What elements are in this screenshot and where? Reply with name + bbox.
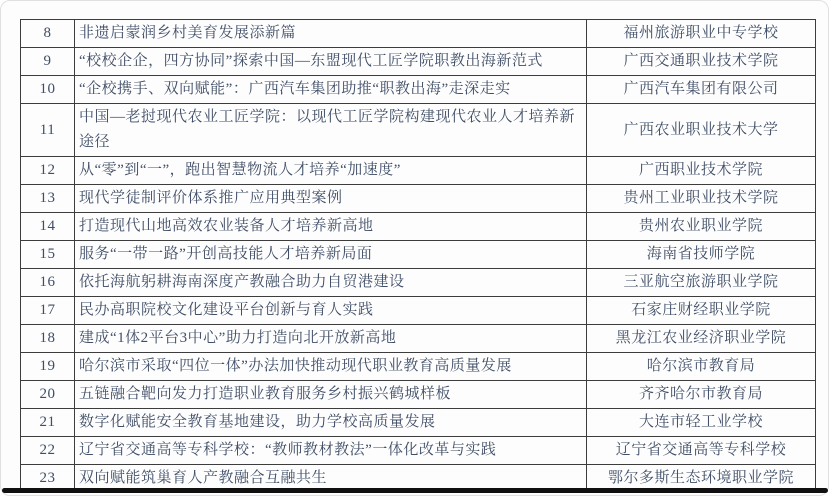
case-title-cell: 辽宁省交通高等专科学校：“教师教材教法”一体化改革与实践 [75,437,587,465]
case-title-cell: “校校企企，四方协同”探索中国—东盟现代工匠学院职教出海新范式 [75,48,587,76]
row-number-cell: 17 [21,297,75,325]
page: 8 非遗启蒙润乡村美育发展添新篇 福州旅游职业中专学校 9 “校校企企，四方协同… [0,0,829,496]
case-title-cell: 中国—老挝现代农业工匠学院：以现代工匠学院构建现代农业人才培养新途径 [75,104,587,157]
organization-name-cell: 贵州工业职业技术学院 [587,185,816,213]
row-number-cell: 9 [21,48,75,76]
table-row: 8 非遗启蒙润乡村美育发展添新篇 福州旅游职业中专学校 [21,20,816,48]
case-title-cell: 从“零”到“一”，跑出智慧物流人才培养“加速度” [75,157,587,185]
case-title-cell: “企校携手、双向赋能”：广西汽车集团助推“职教出海”走深走实 [75,76,587,104]
case-title-cell: 建成“1体2平台3中心”助力打造向北开放新高地 [75,325,587,353]
table-row: 11 中国—老挝现代农业工匠学院：以现代工匠学院构建现代农业人才培养新途径 广西… [21,104,816,157]
case-title-cell: 服务“一带一路”开创高技能人才培养新局面 [75,241,587,269]
table-row: 19 哈尔滨市采取“四位一体”办法加快推动现代职业教育高质量发展 哈尔滨市教育局 [21,353,816,381]
row-number-cell: 12 [21,157,75,185]
case-title-cell: 非遗启蒙润乡村美育发展添新篇 [75,20,587,48]
row-number-cell: 16 [21,269,75,297]
case-title-cell: 哈尔滨市采取“四位一体”办法加快推动现代职业教育高质量发展 [75,353,587,381]
organization-name-cell: 贵州农业职业学院 [587,213,816,241]
case-title-cell: 打造现代山地高效农业装备人才培养新高地 [75,213,587,241]
table-row: 10 “企校携手、双向赋能”：广西汽车集团助推“职教出海”走深走实 广西汽车集团… [21,76,816,104]
row-number-cell: 22 [21,437,75,465]
table-row: 18 建成“1体2平台3中心”助力打造向北开放新高地 黑龙江农业经济职业学院 [21,325,816,353]
bottom-divider-bar [2,488,828,493]
organization-name-cell: 广西职业技术学院 [587,157,816,185]
organization-name-cell: 广西农业职业技术大学 [587,104,816,157]
organization-name-cell: 广西交通职业技术学院 [587,48,816,76]
table-row: 12 从“零”到“一”，跑出智慧物流人才培养“加速度” 广西职业技术学院 [21,157,816,185]
row-number-cell: 11 [21,104,75,157]
organization-name-cell: 大连市轻工业学校 [587,409,816,437]
organization-name-cell: 福州旅游职业中专学校 [587,20,816,48]
case-title-cell: 依托海航躬耕海南深度产教融合助力自贸港建设 [75,269,587,297]
row-number-cell: 8 [21,20,75,48]
organization-name-cell: 齐齐哈尔市教育局 [587,381,816,409]
organization-name-cell: 黑龙江农业经济职业学院 [587,325,816,353]
table-row: 22 辽宁省交通高等专科学校：“教师教材教法”一体化改革与实践 辽宁省交通高等专… [21,437,816,465]
table-row: 9 “校校企企，四方协同”探索中国—东盟现代工匠学院职教出海新范式 广西交通职业… [21,48,816,76]
row-number-cell: 13 [21,185,75,213]
organization-name-cell: 三亚航空旅游职业学院 [587,269,816,297]
row-number-cell: 21 [21,409,75,437]
organization-name-cell: 广西汽车集团有限公司 [587,76,816,104]
case-title-cell: 数字化赋能安全教育基地建设，助力学校高质量发展 [75,409,587,437]
organization-name-cell: 辽宁省交通高等专科学校 [587,437,816,465]
row-number-cell: 20 [21,381,75,409]
row-number-cell: 15 [21,241,75,269]
table-row: 13 现代学徒制评价体系推广应用典型案例 贵州工业职业技术学院 [21,185,816,213]
table-row: 16 依托海航躬耕海南深度产教融合助力自贸港建设 三亚航空旅游职业学院 [21,269,816,297]
table-body: 8 非遗启蒙润乡村美育发展添新篇 福州旅游职业中专学校 9 “校校企企，四方协同… [21,20,816,493]
case-title-cell: 五链融合靶向发力打造职业教育服务乡村振兴鹤城样板 [75,381,587,409]
organization-name-cell: 哈尔滨市教育局 [587,353,816,381]
award-case-table: 8 非遗启蒙润乡村美育发展添新篇 福州旅游职业中专学校 9 “校校企企，四方协同… [20,19,816,493]
table-row: 14 打造现代山地高效农业装备人才培养新高地 贵州农业职业学院 [21,213,816,241]
table-row: 17 民办高职院校文化建设平台创新与育人实践 石家庄财经职业学院 [21,297,816,325]
row-number-cell: 18 [21,325,75,353]
table-row: 20 五链融合靶向发力打造职业教育服务乡村振兴鹤城样板 齐齐哈尔市教育局 [21,381,816,409]
case-title-cell: 现代学徒制评价体系推广应用典型案例 [75,185,587,213]
table-row: 15 服务“一带一路”开创高技能人才培养新局面 海南省技师学院 [21,241,816,269]
table-row: 21 数字化赋能安全教育基地建设，助力学校高质量发展 大连市轻工业学校 [21,409,816,437]
row-number-cell: 10 [21,76,75,104]
organization-name-cell: 石家庄财经职业学院 [587,297,816,325]
case-title-cell: 民办高职院校文化建设平台创新与育人实践 [75,297,587,325]
organization-name-cell: 海南省技师学院 [587,241,816,269]
row-number-cell: 19 [21,353,75,381]
row-number-cell: 14 [21,213,75,241]
